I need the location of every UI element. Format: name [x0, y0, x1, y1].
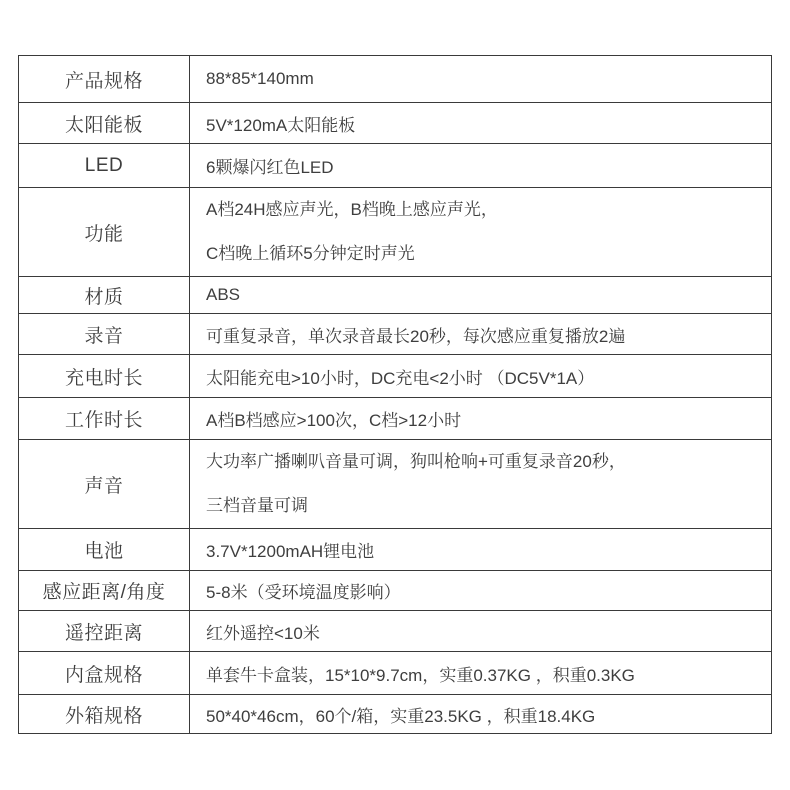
spec-value: 可重复录音，单次录音最长20秒，每次感应重复播放2遍	[190, 314, 772, 355]
spec-row-work-time: 工作时长 A档B档感应>100次，C档>12小时	[19, 398, 772, 440]
spec-label: 太阳能板	[19, 103, 190, 144]
spec-row-led: LED 6颗爆闪红色LED	[19, 144, 772, 188]
spec-value: 单套牛卡盒装，15*10*9.7cm，实重0.37KG ，积重0.3KG	[190, 652, 772, 695]
spec-row-inner-box: 内盒规格 单套牛卡盒装，15*10*9.7cm，实重0.37KG ，积重0.3K…	[19, 652, 772, 695]
spec-value: 3.7V*1200mAH锂电池	[190, 529, 772, 571]
spec-row-recording: 录音 可重复录音，单次录音最长20秒，每次感应重复播放2遍	[19, 314, 772, 355]
spec-value: 88*85*140mm	[190, 56, 772, 103]
spec-row-solar-panel: 太阳能板 5V*120mA太阳能板	[19, 103, 772, 144]
spec-row-outer-carton: 外箱规格 50*40*46cm，60个/箱，实重23.5KG ，积重18.4KG	[19, 695, 772, 734]
spec-label: 产品规格	[19, 56, 190, 103]
spec-row-battery: 电池 3.7V*1200mAH锂电池	[19, 529, 772, 571]
spec-label: 电池	[19, 529, 190, 571]
spec-row-remote-distance: 遥控距离 红外遥控<10米	[19, 611, 772, 652]
spec-label: 内盒规格	[19, 652, 190, 695]
spec-row-function: 功能 A档24H感应声光，B档晚上感应声光， C档晚上循环5分钟定时声光	[19, 188, 772, 277]
spec-row-charge-time: 充电时长 太阳能充电>10小时，DC充电<2小时 （DC5V*1A）	[19, 355, 772, 398]
spec-row-sensing-distance: 感应距离/角度 5-8米（受环境温度影响）	[19, 571, 772, 611]
spec-row-material: 材质 ABS	[19, 277, 772, 314]
spec-value: 6颗爆闪红色LED	[190, 144, 772, 188]
spec-label: 工作时长	[19, 398, 190, 440]
spec-value: A档B档感应>100次，C档>12小时	[190, 398, 772, 440]
product-spec-table: 产品规格 88*85*140mm 太阳能板 5V*120mA太阳能板 LED 6…	[18, 55, 772, 734]
spec-value: 50*40*46cm，60个/箱，实重23.5KG ，积重18.4KG	[190, 695, 772, 734]
spec-label: 材质	[19, 277, 190, 314]
spec-label: 录音	[19, 314, 190, 355]
product-spec-page: 产品规格 88*85*140mm 太阳能板 5V*120mA太阳能板 LED 6…	[0, 0, 790, 790]
spec-label: 外箱规格	[19, 695, 190, 734]
spec-value: 5V*120mA太阳能板	[190, 103, 772, 144]
spec-value: 5-8米（受环境温度影响）	[190, 571, 772, 611]
spec-value: 太阳能充电>10小时，DC充电<2小时 （DC5V*1A）	[190, 355, 772, 398]
spec-value: 红外遥控<10米	[190, 611, 772, 652]
spec-value: ABS	[190, 277, 772, 314]
spec-value: A档24H感应声光，B档晚上感应声光， C档晚上循环5分钟定时声光	[190, 188, 772, 277]
spec-label: 声音	[19, 440, 190, 529]
spec-label: 感应距离/角度	[19, 571, 190, 611]
spec-label: 遥控距离	[19, 611, 190, 652]
spec-label: 功能	[19, 188, 190, 277]
spec-label: 充电时长	[19, 355, 190, 398]
spec-row-product-size: 产品规格 88*85*140mm	[19, 56, 772, 103]
spec-label: LED	[19, 144, 190, 188]
spec-value: 大功率广播喇叭音量可调，狗叫枪响+可重复录音20秒， 三档音量可调	[190, 440, 772, 529]
spec-row-sound: 声音 大功率广播喇叭音量可调，狗叫枪响+可重复录音20秒， 三档音量可调	[19, 440, 772, 529]
